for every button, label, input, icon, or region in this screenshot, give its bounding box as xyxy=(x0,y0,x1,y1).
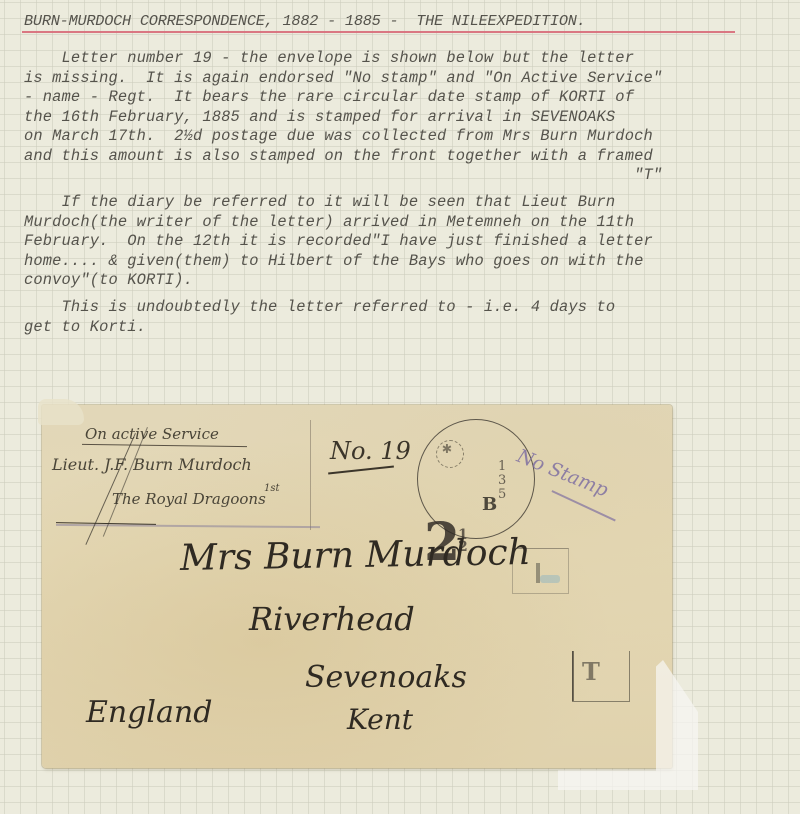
endorsement-underline xyxy=(82,444,247,447)
framed-t-letter: T xyxy=(582,657,600,686)
endorsement-box-edge xyxy=(310,420,311,530)
cds-date-digits: 1 3 5 xyxy=(498,460,506,502)
address-town: Sevenoaks xyxy=(305,660,467,695)
paragraph-diary-reference: If the diary be referred to it will be s… xyxy=(24,193,653,291)
title-underline xyxy=(22,31,735,33)
envelope-worn-corner xyxy=(38,399,84,425)
address-county: Kent xyxy=(347,703,413,736)
cds-diagonal-bar xyxy=(85,433,136,545)
paragraph-letter-description: Letter number 19 - the envelope is shown… xyxy=(24,49,662,186)
addressee-name: Mrs Burn Murdoch xyxy=(180,532,531,579)
address-street: Riverhead xyxy=(249,600,415,638)
address-country: England xyxy=(86,695,212,730)
endorsement-on-active-service: On active Service xyxy=(85,425,219,443)
letter-number-underline xyxy=(328,466,394,474)
letter-number: No. 19 xyxy=(330,437,411,465)
blue-crayon-mark xyxy=(540,575,560,583)
paragraph-conclusion: This is undoubtedly the letter referred … xyxy=(24,298,615,337)
album-page: BURN-MURDOCH CORRESPONDENCE, 1882 - 1885… xyxy=(0,0,800,814)
framed-t-mark xyxy=(572,651,630,702)
star-icon: ✱ xyxy=(442,438,452,458)
sender-regiment: The Royal Dragoons xyxy=(112,490,266,508)
sender-name: Lieut. J.F. Burn Murdoch xyxy=(52,455,252,474)
no-stamp-underline xyxy=(552,490,616,521)
envelope-cover: On active Service Lieut. J.F. Burn Murdo… xyxy=(42,405,672,768)
cds-letter: B xyxy=(482,494,497,515)
page-title: BURN-MURDOCH CORRESPONDENCE, 1882 - 1885… xyxy=(24,12,740,30)
regiment-superscript: 1st xyxy=(264,483,280,494)
